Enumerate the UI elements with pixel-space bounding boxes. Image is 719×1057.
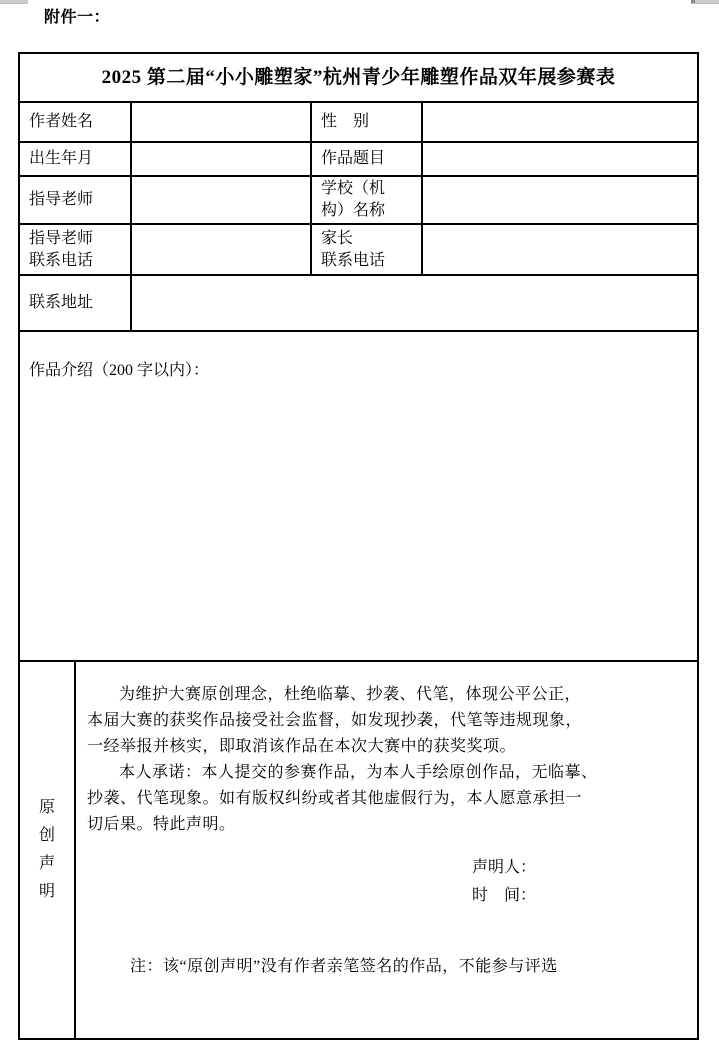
signer-line: 声明人：	[87, 854, 683, 882]
parent-phone-input[interactable]	[423, 225, 697, 274]
instructor-label: 指导老师	[20, 177, 132, 223]
field-row-address: 联系地址	[20, 276, 697, 332]
declaration-content: 为维护大赛原创理念，杜绝临摹、抄袭、代笔，体现公平公正， 本届大赛的获奖作品接受…	[76, 662, 697, 1038]
instructor-phone-label: 指导老师 联系电话	[20, 225, 132, 274]
address-input[interactable]	[132, 276, 697, 330]
form-title: 2025 第二届“小小雕塑家”杭州青少年雕塑作品双年展参赛表	[20, 54, 697, 101]
page-edge-artifact-left	[0, 0, 28, 4]
artwork-title-label: 作品题目	[312, 143, 423, 175]
instructor-input[interactable]	[132, 177, 312, 223]
field-row-phones: 指导老师 联系电话 家长 联系电话	[20, 225, 697, 276]
gender-label: 性 别	[312, 103, 423, 141]
declaration-row: 原 创 声 明 为维护大赛原创理念，杜绝临摹、抄袭、代笔，体现公平公正， 本届大…	[20, 662, 697, 1038]
title-row: 2025 第二届“小小雕塑家”杭州青少年雕塑作品双年展参赛表	[20, 54, 697, 103]
parent-phone-label: 家长 联系电话	[312, 225, 423, 274]
intro-cell: 作品介绍（200 字以内）：	[20, 332, 697, 660]
instructor-phone-input[interactable]	[132, 225, 312, 274]
declaration-paragraph-2: 本人承诺：本人提交的参赛作品，为本人手绘原创作品，无临摹、 抄袭、代笔现象。如有…	[87, 760, 683, 838]
address-label: 联系地址	[20, 276, 132, 330]
author-name-label: 作者姓名	[20, 103, 132, 141]
intro-label: 作品介绍（200 字以内）：	[20, 332, 697, 382]
birth-date-input[interactable]	[132, 143, 312, 175]
time-line: 时 间：	[87, 882, 683, 910]
school-name-input[interactable]	[423, 177, 697, 223]
artwork-title-input[interactable]	[423, 143, 697, 175]
gender-input[interactable]	[423, 103, 697, 141]
intro-input-area[interactable]	[20, 382, 697, 660]
field-row-birth-title: 出生年月 作品题目	[20, 143, 697, 177]
field-row-name-gender: 作者姓名 性 别	[20, 103, 697, 143]
intro-row: 作品介绍（200 字以内）：	[20, 332, 697, 662]
attachment-label: 附件一：	[44, 4, 110, 27]
declaration-paragraph-1: 为维护大赛原创理念，杜绝临摹、抄袭、代笔，体现公平公正， 本届大赛的获奖作品接受…	[87, 682, 683, 760]
author-name-input[interactable]	[132, 103, 312, 141]
entry-form-table: 2025 第二届“小小雕塑家”杭州青少年雕塑作品双年展参赛表 作者姓名 性 别 …	[18, 52, 699, 1040]
birth-date-label: 出生年月	[20, 143, 132, 175]
declaration-note: 注：该“原创声明”没有作者亲笔签名的作品，不能参与评选	[87, 954, 683, 980]
field-row-instructor-school: 指导老师 学校（机 构）名称	[20, 177, 697, 225]
declaration-side-label: 原 创 声 明	[20, 662, 76, 1038]
school-name-label: 学校（机 构）名称	[312, 177, 423, 223]
page-edge-artifact-right	[691, 0, 719, 4]
